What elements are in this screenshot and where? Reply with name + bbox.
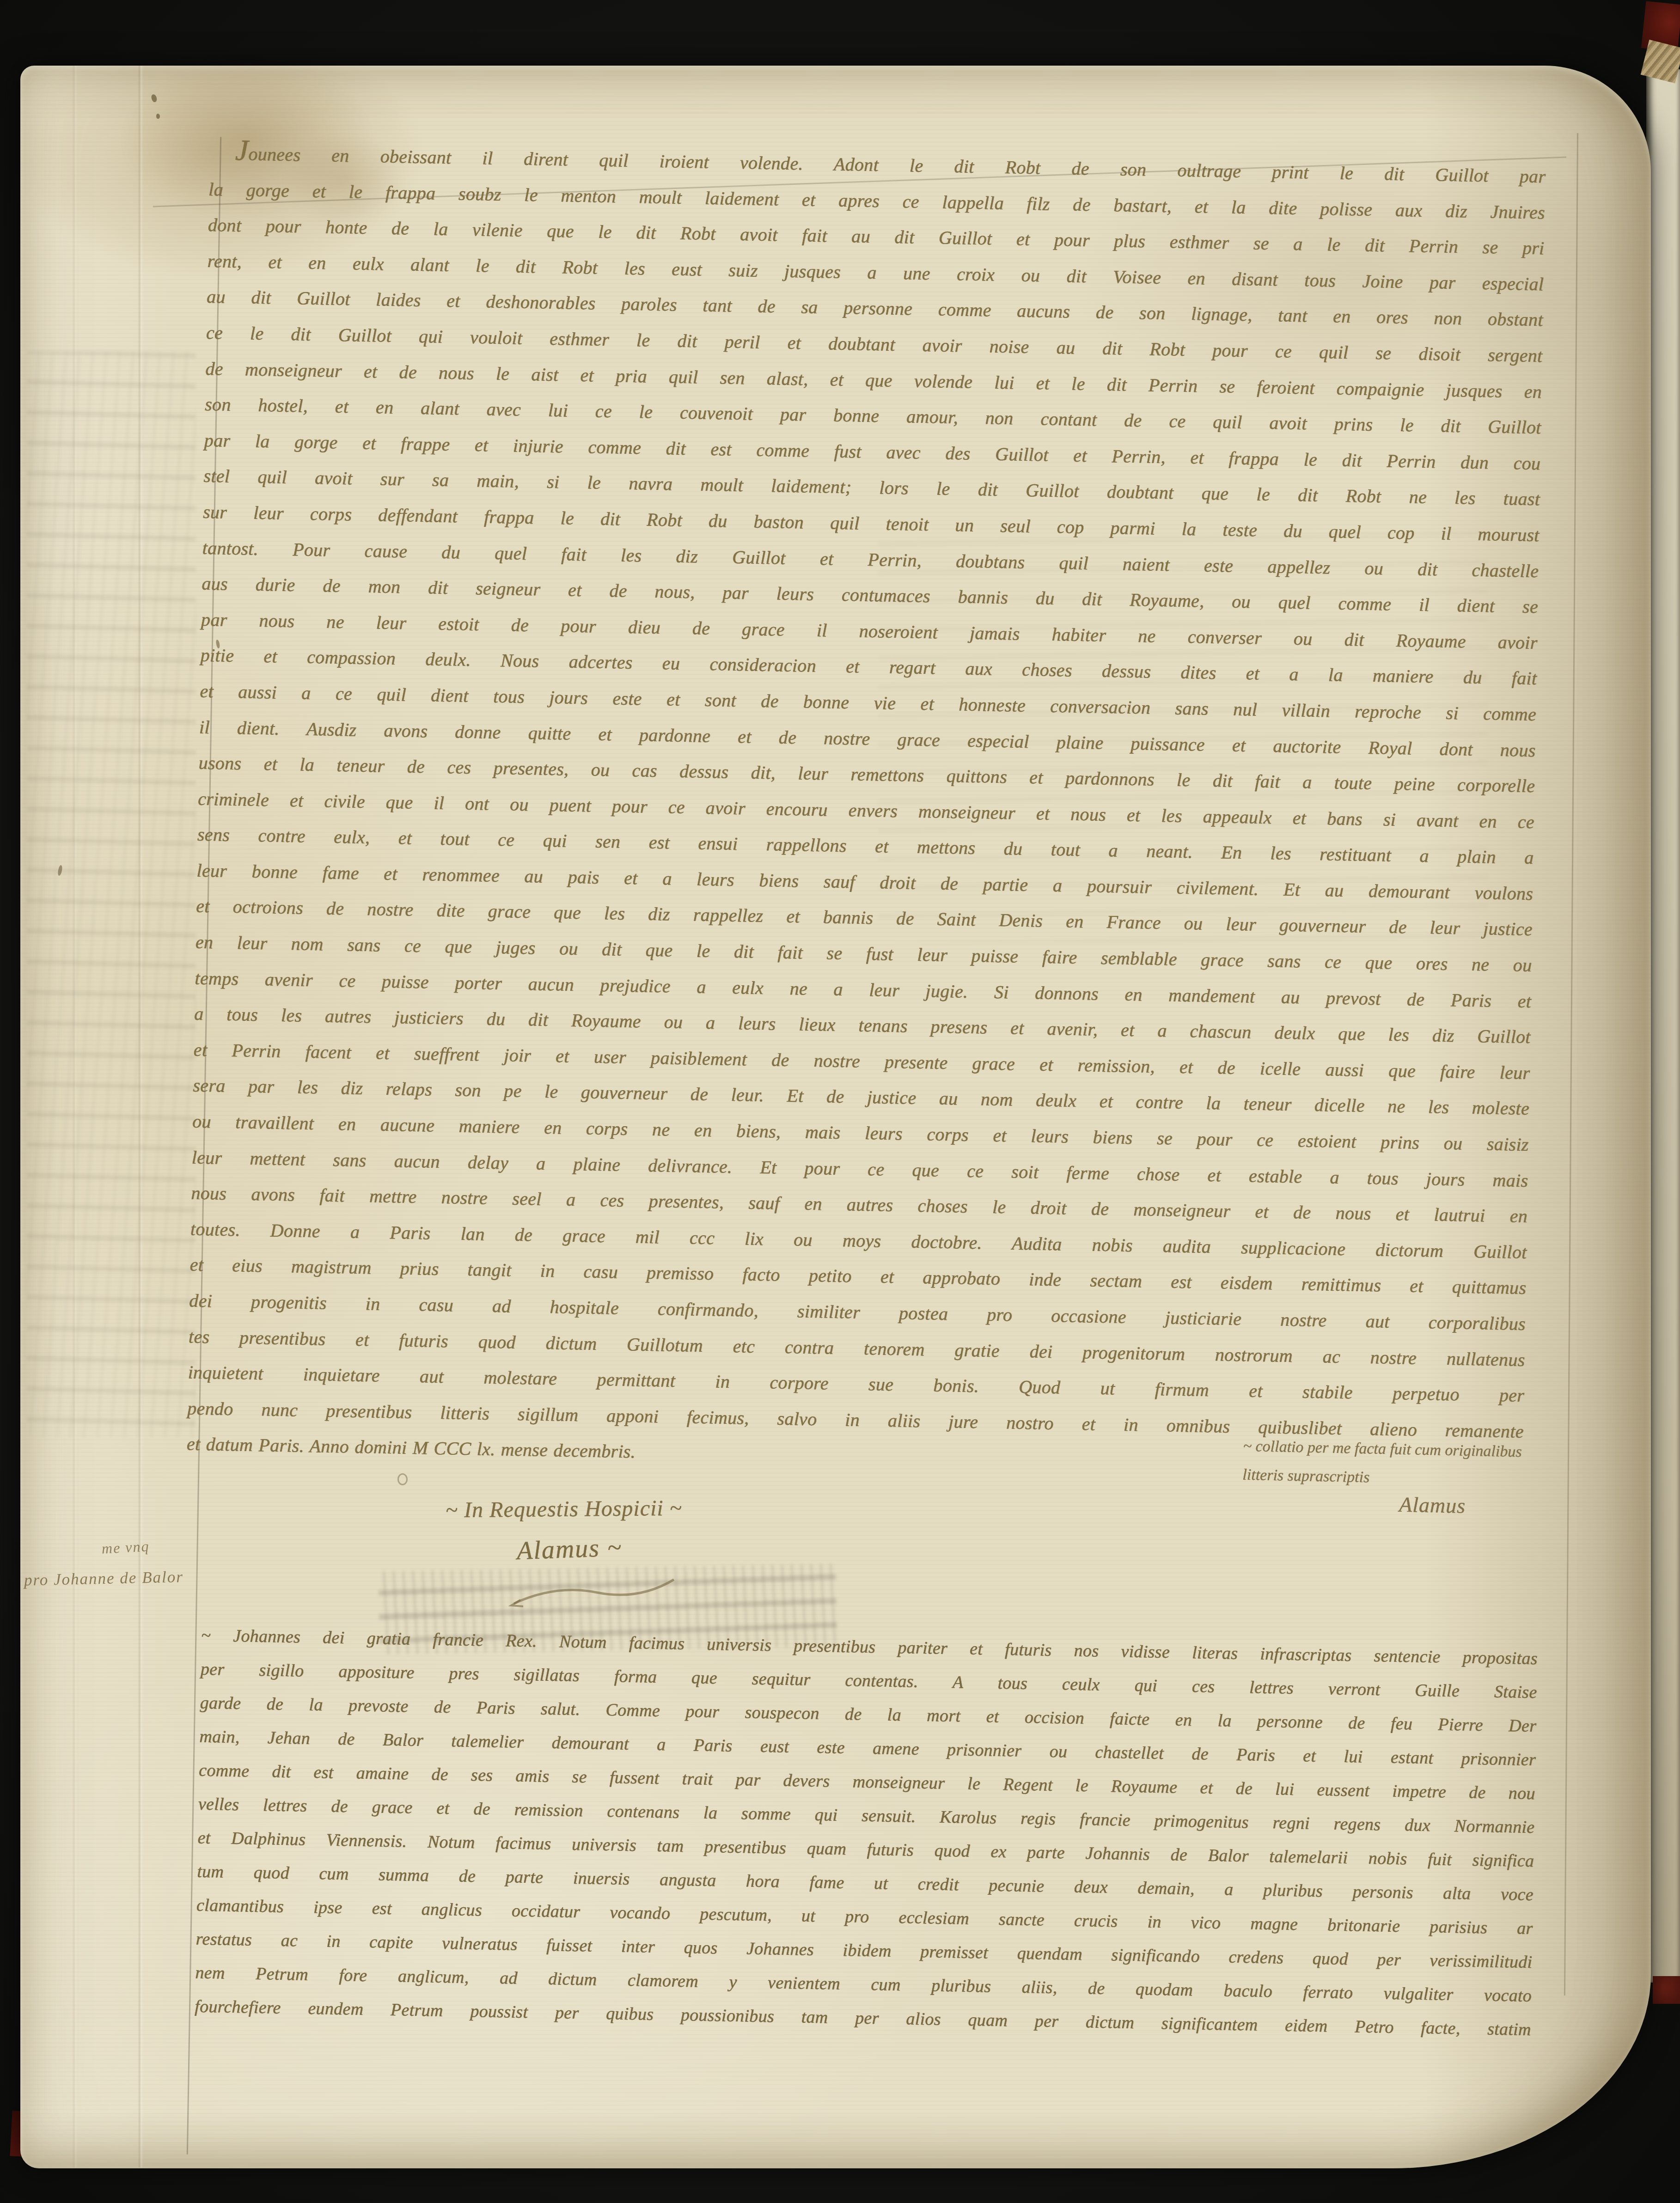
docket-signature: Alamus ~ — [516, 1531, 684, 1566]
margin-folio-amount-note: me vnq — [101, 1538, 150, 1557]
manuscript-photo: Jounees en obeissant il dirent quil iroi… — [0, 0, 1680, 2203]
clerk-signature: Alamus — [1399, 1493, 1566, 1520]
signature-flourish-icon — [505, 1570, 680, 1612]
collation-note: ~ collatio per me facta fuit cum origina… — [1241, 1432, 1567, 1545]
margin-beneficiary-note: pro Johanne de Balor — [24, 1568, 184, 1589]
grace-letter-text-block: Jounees en obeissant il dirent quil iroi… — [186, 135, 1546, 1489]
ink-blot — [156, 114, 160, 119]
show-through-texture — [27, 351, 195, 1437]
book-fore-edge-pages — [1646, 69, 1680, 1983]
docket-heading: ~ In Requestis Hospicii ~ — [416, 1495, 712, 1523]
binding-leather-bottom-right — [1653, 1976, 1680, 2004]
ink-ring-mark — [397, 1473, 408, 1485]
royal-letter-text-block: ~ Johannes dei gratia francie Rex. Notum… — [195, 1619, 1538, 2049]
